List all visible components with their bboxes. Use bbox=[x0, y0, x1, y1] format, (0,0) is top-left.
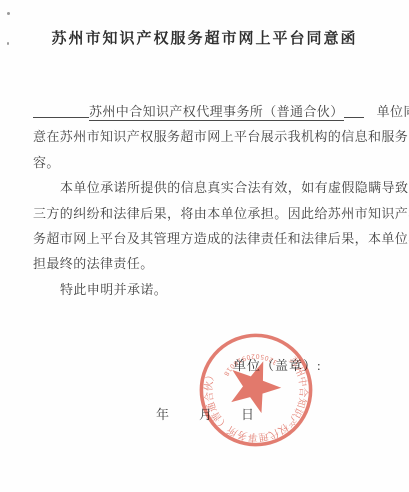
paragraph2-line4: 担最终的法律责任。 bbox=[33, 251, 397, 276]
seal-number: 3205020916018 bbox=[219, 348, 281, 379]
scan-artifact bbox=[7, 12, 10, 15]
blank-underline-trail bbox=[344, 103, 364, 118]
official-red-seal: 苏州中合知识产权代理事务所（普通合伙） 3205020916018 bbox=[193, 327, 319, 453]
paragraph1-line1: 苏州中合知识产权代理事务所（普通合伙）单位同 bbox=[33, 99, 397, 124]
blank-underline-lead bbox=[33, 103, 89, 118]
org-name-underlined: 苏州中合知识产权代理事务所（普通合伙） bbox=[89, 104, 344, 121]
paragraph2-line2: 三方的纠纷和法律后果，将由本单位承担。因此给苏州市知识产权服 bbox=[33, 201, 397, 226]
paragraph1-line3: 容。 bbox=[33, 150, 397, 175]
paragraph2-line1: 本单位承诺所提供的信息真实合法有效，如有虚假隐瞒导致于第 bbox=[33, 175, 397, 200]
svg-text:3205020916018: 3205020916018 bbox=[219, 348, 281, 379]
paragraph1-suffix: 单位同 bbox=[377, 104, 409, 119]
document-body: 苏州中合知识产权代理事务所（普通合伙）单位同 意在苏州市知识产权服务超市网上平台… bbox=[33, 99, 397, 302]
date-year-char: 年 bbox=[156, 404, 169, 423]
document-title: 苏州市知识产权服务超市网上平台同意函 bbox=[0, 27, 409, 48]
scanned-document-page: 苏州市知识产权服务超市网上平台同意函 苏州中合知识产权代理事务所（普通合伙）单位… bbox=[0, 0, 409, 492]
paragraph2-line3: 务超市网上平台及其管理方造成的法律责任和法律后果，本单位将承 bbox=[33, 226, 397, 251]
paragraph1-line2: 意在苏州市知识产权服务超市网上平台展示我机构的信息和服务内 bbox=[33, 124, 397, 149]
seal-star-icon bbox=[231, 361, 281, 413]
paragraph3-closing: 特此申明并承诺。 bbox=[33, 277, 397, 302]
